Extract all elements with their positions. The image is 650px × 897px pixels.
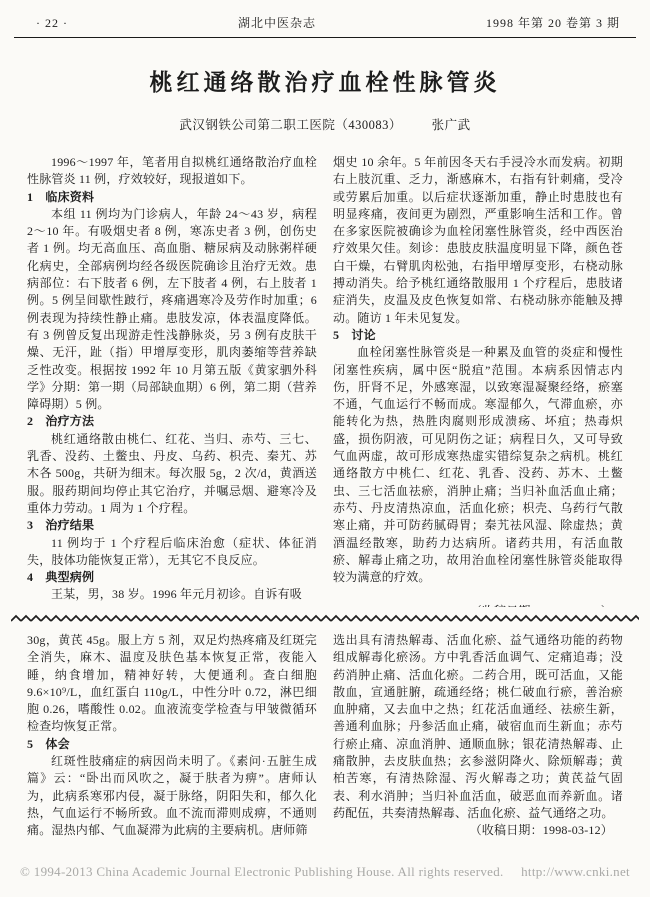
page-number: · 22 ·: [36, 16, 68, 31]
main-article-columns: 1996～1997 年，笔者用自拟桃红通络散治疗血栓性脉管炎 11 例，疗效较好…: [0, 154, 650, 607]
byline: 武汉钢铁公司第二职工医院（430083） 张广武: [0, 115, 650, 133]
section-1-paragraph: 本组 11 例均为门诊病人，年龄 24～43 岁，病程 2～10 年。有吸烟史者…: [27, 206, 317, 414]
zigzag-divider-graphic: [11, 614, 639, 623]
section-5-paragraph: 血栓闭塞性脉管炎是一种累及血管的炎症和慢性闭塞性疾病，属中医“脱疽”范围。本病系…: [333, 344, 623, 586]
left-column: 1996～1997 年，笔者用自拟桃红通络散治疗血栓性脉管炎 11 例，疗效较好…: [27, 154, 317, 607]
intro-paragraph: 1996～1997 年，笔者用自拟桃红通络散治疗血栓性脉管炎 11 例，疗效较好…: [27, 154, 317, 189]
journal-name: 湖北中医杂志: [238, 14, 316, 31]
running-head: · 22 · 湖北中医杂志 1998 年第 20 卷第 3 期: [0, 0, 650, 31]
cnki-url: http://www.cnki.net: [521, 864, 630, 879]
received-date-continued: （收稿日期：1998-03-12）: [333, 822, 623, 839]
author-affiliation: 武汉钢铁公司第二职工医院（430083）: [179, 118, 402, 132]
received-date-main: （收稿日期：1997-04-25）: [333, 603, 623, 607]
case-paragraph-continued: 30g，黄芪 45g。服上方 5 剂，双足灼热疼痛及红斑完全消失，麻木、温度及肤…: [27, 632, 317, 736]
header-rule: [14, 37, 636, 38]
experience-section-heading: 5 体会: [27, 736, 317, 753]
copyright-text: © 1994-2013 China Academic Journal Elect…: [20, 864, 504, 879]
continued-article-columns: 30g，黄芪 45g。服上方 5 剂，双足灼热疼痛及红斑完全消失，麻木、温度及肤…: [0, 632, 650, 874]
cnki-footer: © 1994-2013 China Academic Journal Elect…: [0, 864, 650, 880]
section-4-paragraph-continued: 烟史 10 余年。5 年前因冬天右手浸冷水而发病。初期右上肢沉重、乏力，渐感麻木…: [333, 154, 623, 327]
section-4-heading: 4 典型病例: [27, 569, 317, 586]
zigzag-divider: [11, 614, 639, 623]
author-name: 张广武: [432, 118, 471, 132]
article-title: 桃红通络散治疗血栓性脉管炎: [0, 64, 650, 97]
section-4-paragraph-start: 王某，男，38 岁。1996 年元月初诊。自诉有吸: [27, 586, 317, 603]
section-3-paragraph: 11 例均于 1 个疗程后临床治愈（症状、体征消失，肢体功能恢复正常），无其它不…: [27, 535, 317, 570]
experience-paragraph-continued: 选出具有清热解毒、活血化瘀、益气通络功能的药物组成解毒化瘀汤。方中乳香活血调气、…: [333, 632, 623, 822]
issue-info: 1998 年第 20 卷第 3 期: [486, 14, 620, 31]
section-1-heading: 1 临床资料: [27, 189, 317, 206]
right-column: 烟史 10 余年。5 年前因冬天右手浸冷水而发病。初期右上肢沉重、乏力，渐感麻木…: [333, 154, 623, 607]
scanned-journal-page: · 22 · 湖北中医杂志 1998 年第 20 卷第 3 期 桃红通络散治疗血…: [0, 0, 650, 897]
right-column-bottom: 选出具有清热解毒、活血化瘀、益气通络功能的药物组成解毒化瘀汤。方中乳香活血调气、…: [333, 632, 623, 874]
left-column-bottom: 30g，黄芪 45g。服上方 5 剂，双足灼热疼痛及红斑完全消失，麻木、温度及肤…: [27, 632, 317, 874]
section-3-heading: 3 治疗结果: [27, 517, 317, 534]
section-2-paragraph: 桃红通络散由桃仁、红花、当归、赤芍、三七、乳香、没药、土鳖虫、丹皮、乌药、枳壳、…: [27, 431, 317, 517]
section-2-heading: 2 治疗方法: [27, 413, 317, 430]
section-5-heading: 5 讨论: [333, 327, 623, 344]
experience-paragraph-start: 红斑性肢痛症的病因尚未明了。《素问·五脏生成篇》云：“卧出而风吹之，凝于肤者为痹…: [27, 753, 317, 839]
